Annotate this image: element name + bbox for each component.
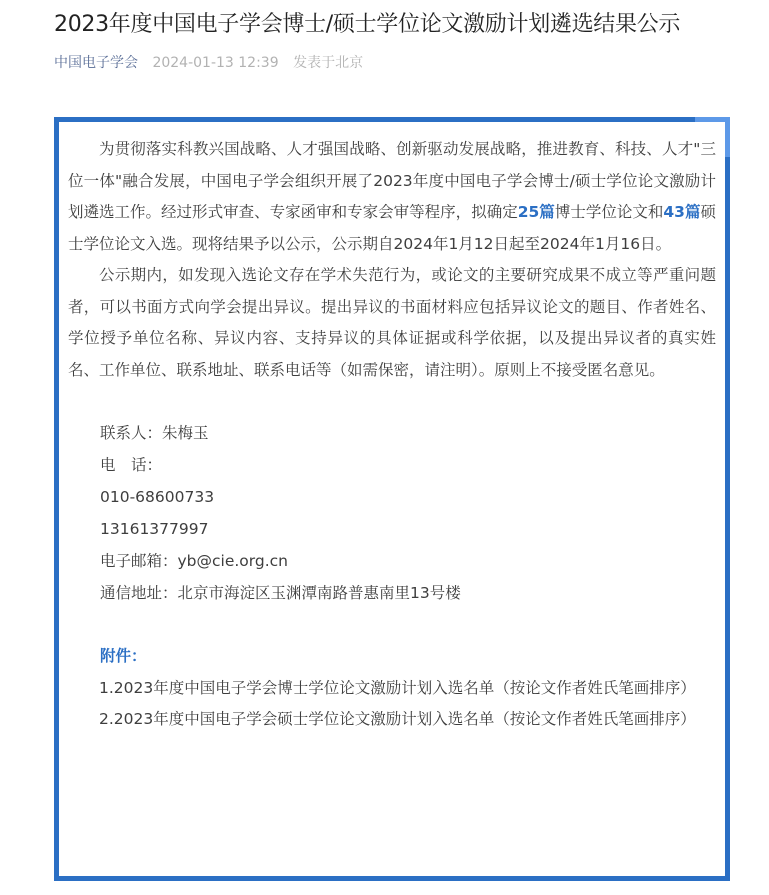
article-title: 2023年度中国电子学会博士/硕士学位论文激励计划遴选结果公示 xyxy=(54,10,754,40)
article-meta: 中国电子学会 2024-01-13 12:39 发表于北京 xyxy=(54,53,363,73)
contact-email: 电子邮箱：yb@cie.org.cn xyxy=(68,545,716,577)
notice-content: 为贯彻落实科教兴国战略、人才强国战略、创新驱动发展战略，推进教育、科技、人才"三… xyxy=(68,134,716,736)
attachments-title: 附件： xyxy=(68,641,716,673)
paragraph-announcement: 为贯彻落实科教兴国战略、人才强国战略、创新驱动发展战略，推进教育、科技、人才"三… xyxy=(68,134,716,260)
announcement-text-2: 博士学位论文和 xyxy=(555,203,664,221)
corner-accent-right xyxy=(725,117,730,157)
attachment-doctoral-list[interactable]: 1.2023年度中国电子学会博士学位论文激励计划入选名单（按论文作者姓氏笔画排序… xyxy=(68,673,716,705)
contact-phone-1: 010-68600733 xyxy=(68,481,716,513)
contact-phone-label: 电 话： xyxy=(68,449,716,481)
paragraph-objection: 公示期内，如发现入选论文存在学术失范行为，或论文的主要研究成果不成立等严重问题者… xyxy=(68,260,716,386)
publish-time: 2024-01-13 12:39 xyxy=(152,55,278,71)
author-link[interactable]: 中国电子学会 xyxy=(54,55,138,71)
doctoral-count: 25篇 xyxy=(518,203,555,221)
publish-location: 发表于北京 xyxy=(293,55,363,71)
contact-person: 联系人：朱梅玉 xyxy=(68,417,716,449)
attachment-master-list[interactable]: 2.2023年度中国电子学会硕士学位论文激励计划入选名单（按论文作者姓氏笔画排序… xyxy=(68,704,716,736)
contact-address: 通信地址：北京市海淀区玉渊潭南路普惠南里13号楼 xyxy=(68,577,716,609)
master-count: 43篇 xyxy=(663,203,700,221)
notice-box: 为贯彻落实科教兴国战略、人才强国战略、创新驱动发展战略，推进教育、科技、人才"三… xyxy=(54,117,730,881)
contact-phone-2: 13161377997 xyxy=(68,513,716,545)
